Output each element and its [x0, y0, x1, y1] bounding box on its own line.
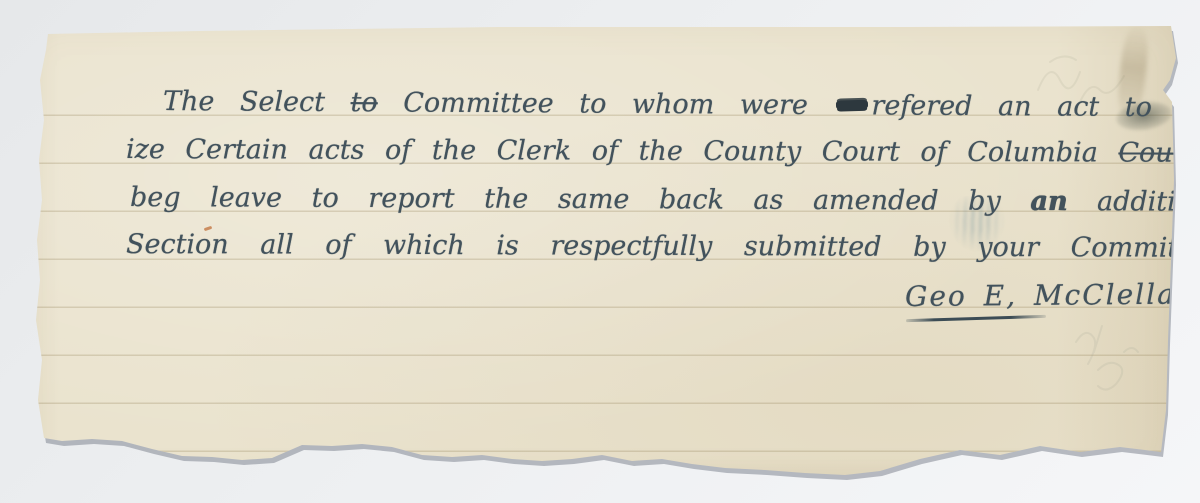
- manuscript-scan: The Select to Committee to whom were ref…: [0, 0, 1200, 503]
- struck-word: County: [1118, 137, 1200, 168]
- text-segment: beg leave to report the same back as ame…: [130, 182, 1030, 217]
- text-segment: Section all of which is respectfully sub…: [126, 229, 1200, 264]
- text-segment: The Select: [163, 86, 351, 118]
- manuscript-line-3: beg leave to report the same back as ame…: [130, 182, 1200, 218]
- text-segment: ize Certain acts of the Clerk of the Cou…: [126, 134, 1119, 168]
- emphasized-word: an: [1030, 186, 1067, 217]
- struck-word: to: [351, 87, 378, 118]
- text-segment: Committee to whom were: [378, 87, 834, 121]
- manuscript-paper: The Select to Committee to whom were ref…: [0, 0, 1200, 503]
- ghost-pencil-marks: [1058, 312, 1168, 407]
- manuscript-line-2: ize Certain acts of the Clerk of the Cou…: [126, 134, 1200, 169]
- signature: Geo E, McClellan: [905, 277, 1196, 313]
- text-segment: refered an act to Legal: [871, 90, 1200, 123]
- manuscript-line-4: Section all of which is respectfully sub…: [126, 229, 1200, 264]
- text-segment: additional: [1067, 186, 1200, 218]
- scratched-out-word: [836, 100, 868, 110]
